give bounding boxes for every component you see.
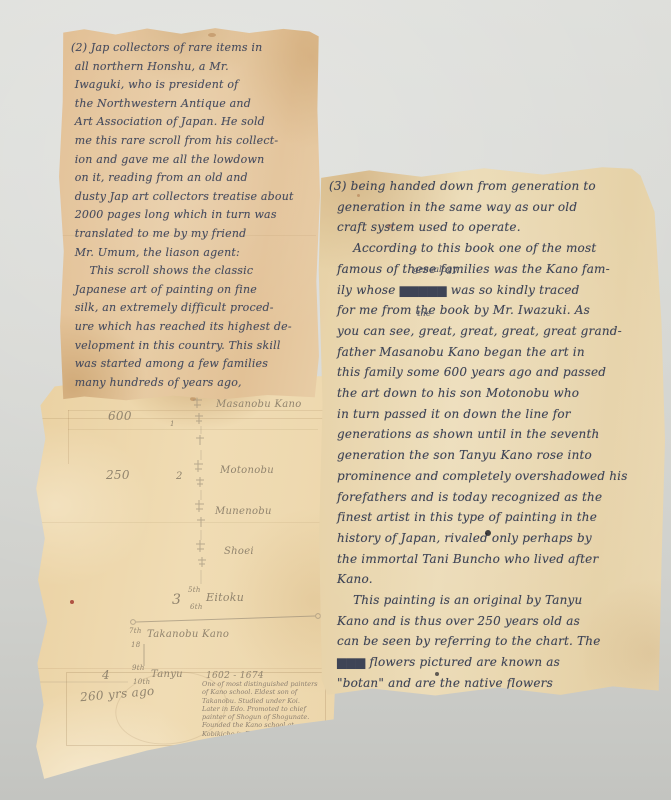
handwritten-line: was started among a few families <box>71 355 314 374</box>
handwritten-line: history of Japan, rivaled only perhaps b… <box>329 528 659 549</box>
handwritten-line: for me from the book by Mr. Iwazuki. As <box>329 300 659 321</box>
genealogy-chart-page: 600 1 Masanobu Kano 250 2 Motonobu Munen… <box>30 372 338 788</box>
handwritten-line: ▆▆▆ flowers pictured are known as <box>329 652 659 673</box>
handwritten-line: ure which has reached its highest de- <box>71 318 314 337</box>
ink-blot <box>435 672 439 676</box>
generation-number: 2 <box>176 471 183 482</box>
handwritten-line: many hundreds of years ago, <box>71 374 314 393</box>
generation-sub: 18 <box>131 641 141 649</box>
kanji-glyph <box>195 500 204 512</box>
age-label-600: 600 <box>108 409 132 423</box>
handwritten-line: generations as shown until in the sevent… <box>329 424 659 445</box>
note-line: was landscape, figures. <box>202 738 328 746</box>
name-eitoku: Eitoku <box>206 591 244 604</box>
handwritten-line: translated to me by my friend <box>71 225 314 244</box>
note-line: Takanobu. Studied under Koi. <box>202 697 328 705</box>
handwritten-line: famous of these families was the Kano fa… <box>329 259 659 280</box>
kanji-glyph <box>197 517 205 527</box>
generation-sup: 9th <box>132 664 145 672</box>
handwritten-line: Mr. Umum, the liason agent: <box>71 244 314 263</box>
handwritten-line: prominence and completely overshadowed h… <box>329 466 659 487</box>
pencil-drawing-layer <box>30 372 338 788</box>
kanji-glyph <box>196 477 204 487</box>
generation-number: 1 <box>170 420 175 428</box>
handwritten-line: finest artist in this type of painting i… <box>329 507 659 528</box>
age-label-250: 250 <box>106 468 130 482</box>
handwritten-line: ily whose ▆▆▆▆▆ was so kindly traced <box>329 280 659 301</box>
handwritten-line: This painting is an original by Tanyu <box>329 590 659 611</box>
handwritten-line: Art Association of Japan. He sold <box>71 113 314 132</box>
note-line: of Kano school. Eldest son of <box>202 688 328 696</box>
handwritten-line: dusty Jap art collectors treatise about <box>71 188 314 207</box>
generation-number: 3 <box>172 592 181 608</box>
handwritten-line: ion and gave me all the lowdown <box>71 151 314 170</box>
letter-page-2: (2) Jap collectors of rare items in all … <box>58 27 320 401</box>
inserted-word-genealogy: genealogy <box>413 265 457 275</box>
generation-sup: 7th <box>129 627 142 635</box>
name-munenobu: Munenobu <box>215 506 272 517</box>
kanji-glyph <box>196 540 205 552</box>
kanji-glyph <box>195 413 203 424</box>
handwritten-line: According to this book one of the most <box>329 238 659 259</box>
name-tanyu: Tanyu <box>151 669 183 680</box>
kanji-glyph <box>196 435 204 445</box>
name-shoei: Shoei <box>224 546 254 557</box>
generation-sub: 6th <box>190 603 203 611</box>
generation-number: 4 <box>102 668 110 682</box>
handwritten-line: the immortal Tani Buncho who lived after <box>329 549 659 570</box>
ink-blot <box>485 530 491 536</box>
generation-sup: 5th <box>188 586 201 594</box>
kanji-glyph <box>194 460 203 472</box>
handwritten-line: velopment in this country. This skill <box>71 337 314 356</box>
handwritten-line: in turn passed it on down the line for <box>329 404 659 425</box>
name-motonobu: Motonobu <box>220 465 274 476</box>
handwritten-line: me this rare scroll from his collect- <box>71 132 314 151</box>
handwritten-line: generation in the same way as our old <box>329 197 659 218</box>
handwritten-line: the Northwestern Antique and <box>71 95 314 114</box>
handwritten-line: Kano. <box>329 569 659 590</box>
name-takanobu: Takanobu Kano <box>147 629 229 640</box>
handwritten-line: Japanese art of painting on fine <box>71 281 314 300</box>
handwritten-line: This scroll shows the classic <box>71 262 314 281</box>
letter-page-3: (3) being handed down from generation to… <box>317 164 665 696</box>
inserted-word-the: the <box>417 309 431 319</box>
bracket-line <box>131 614 321 625</box>
handwritten-line: forefathers and is today recognized as t… <box>329 487 659 508</box>
handwritten-line: silk, an extremely difficult proced- <box>71 299 314 318</box>
tanyu-biography-note: One of most distinguished paintersof Kan… <box>202 680 328 746</box>
note-line: painter of Shogun of Shogunate. <box>202 713 328 721</box>
handwritten-line: all northern Honshu, a Mr. <box>71 58 314 77</box>
handwritten-line: father Masanobu Kano began the art in <box>329 342 659 363</box>
note-line: Founded the Kano school at <box>202 721 328 729</box>
name-masanobu: Masanobu Kano <box>216 399 302 410</box>
handwritten-line: Iwaguki, who is president of <box>71 76 314 95</box>
handwritten-line: generation the son Tanyu Kano rose into <box>329 445 659 466</box>
handwritten-line: craft system used to operate. <box>329 217 659 238</box>
handwritten-line: on it, reading from an old and <box>71 169 314 188</box>
kanji-glyph <box>198 557 206 567</box>
note-line: One of most distinguished painters <box>202 680 328 688</box>
note-line: Later in Edo. Promoted to chief <box>202 705 328 713</box>
handwritten-line: can be seen by referring to the chart. T… <box>329 631 659 652</box>
letter-2-text: (2) Jap collectors of rare items in all … <box>71 39 314 392</box>
letter-3-text: (3) being handed down from generation to… <box>329 176 659 694</box>
handwritten-line: (3) being handed down from generation to <box>329 176 659 197</box>
handwritten-line: (2) Jap collectors of rare items in <box>71 39 314 58</box>
handwritten-line: this family some 600 years ago and passe… <box>329 362 659 383</box>
handwritten-line: "botan" and are the native flowers <box>329 673 659 694</box>
photo-background: 600 1 Masanobu Kano 250 2 Motonobu Munen… <box>0 0 671 800</box>
handwritten-line: 2000 pages long which in turn was <box>71 206 314 225</box>
handwritten-line: the art down to his son Motonobu who <box>329 383 659 404</box>
note-line: Kobikicho in Edo. Specialty <box>202 730 328 738</box>
handwritten-line: you can see, great, great, great, great … <box>329 321 659 342</box>
stain-speck <box>208 33 216 37</box>
handwritten-line: Kano and is thus over 250 years old as <box>329 611 659 632</box>
